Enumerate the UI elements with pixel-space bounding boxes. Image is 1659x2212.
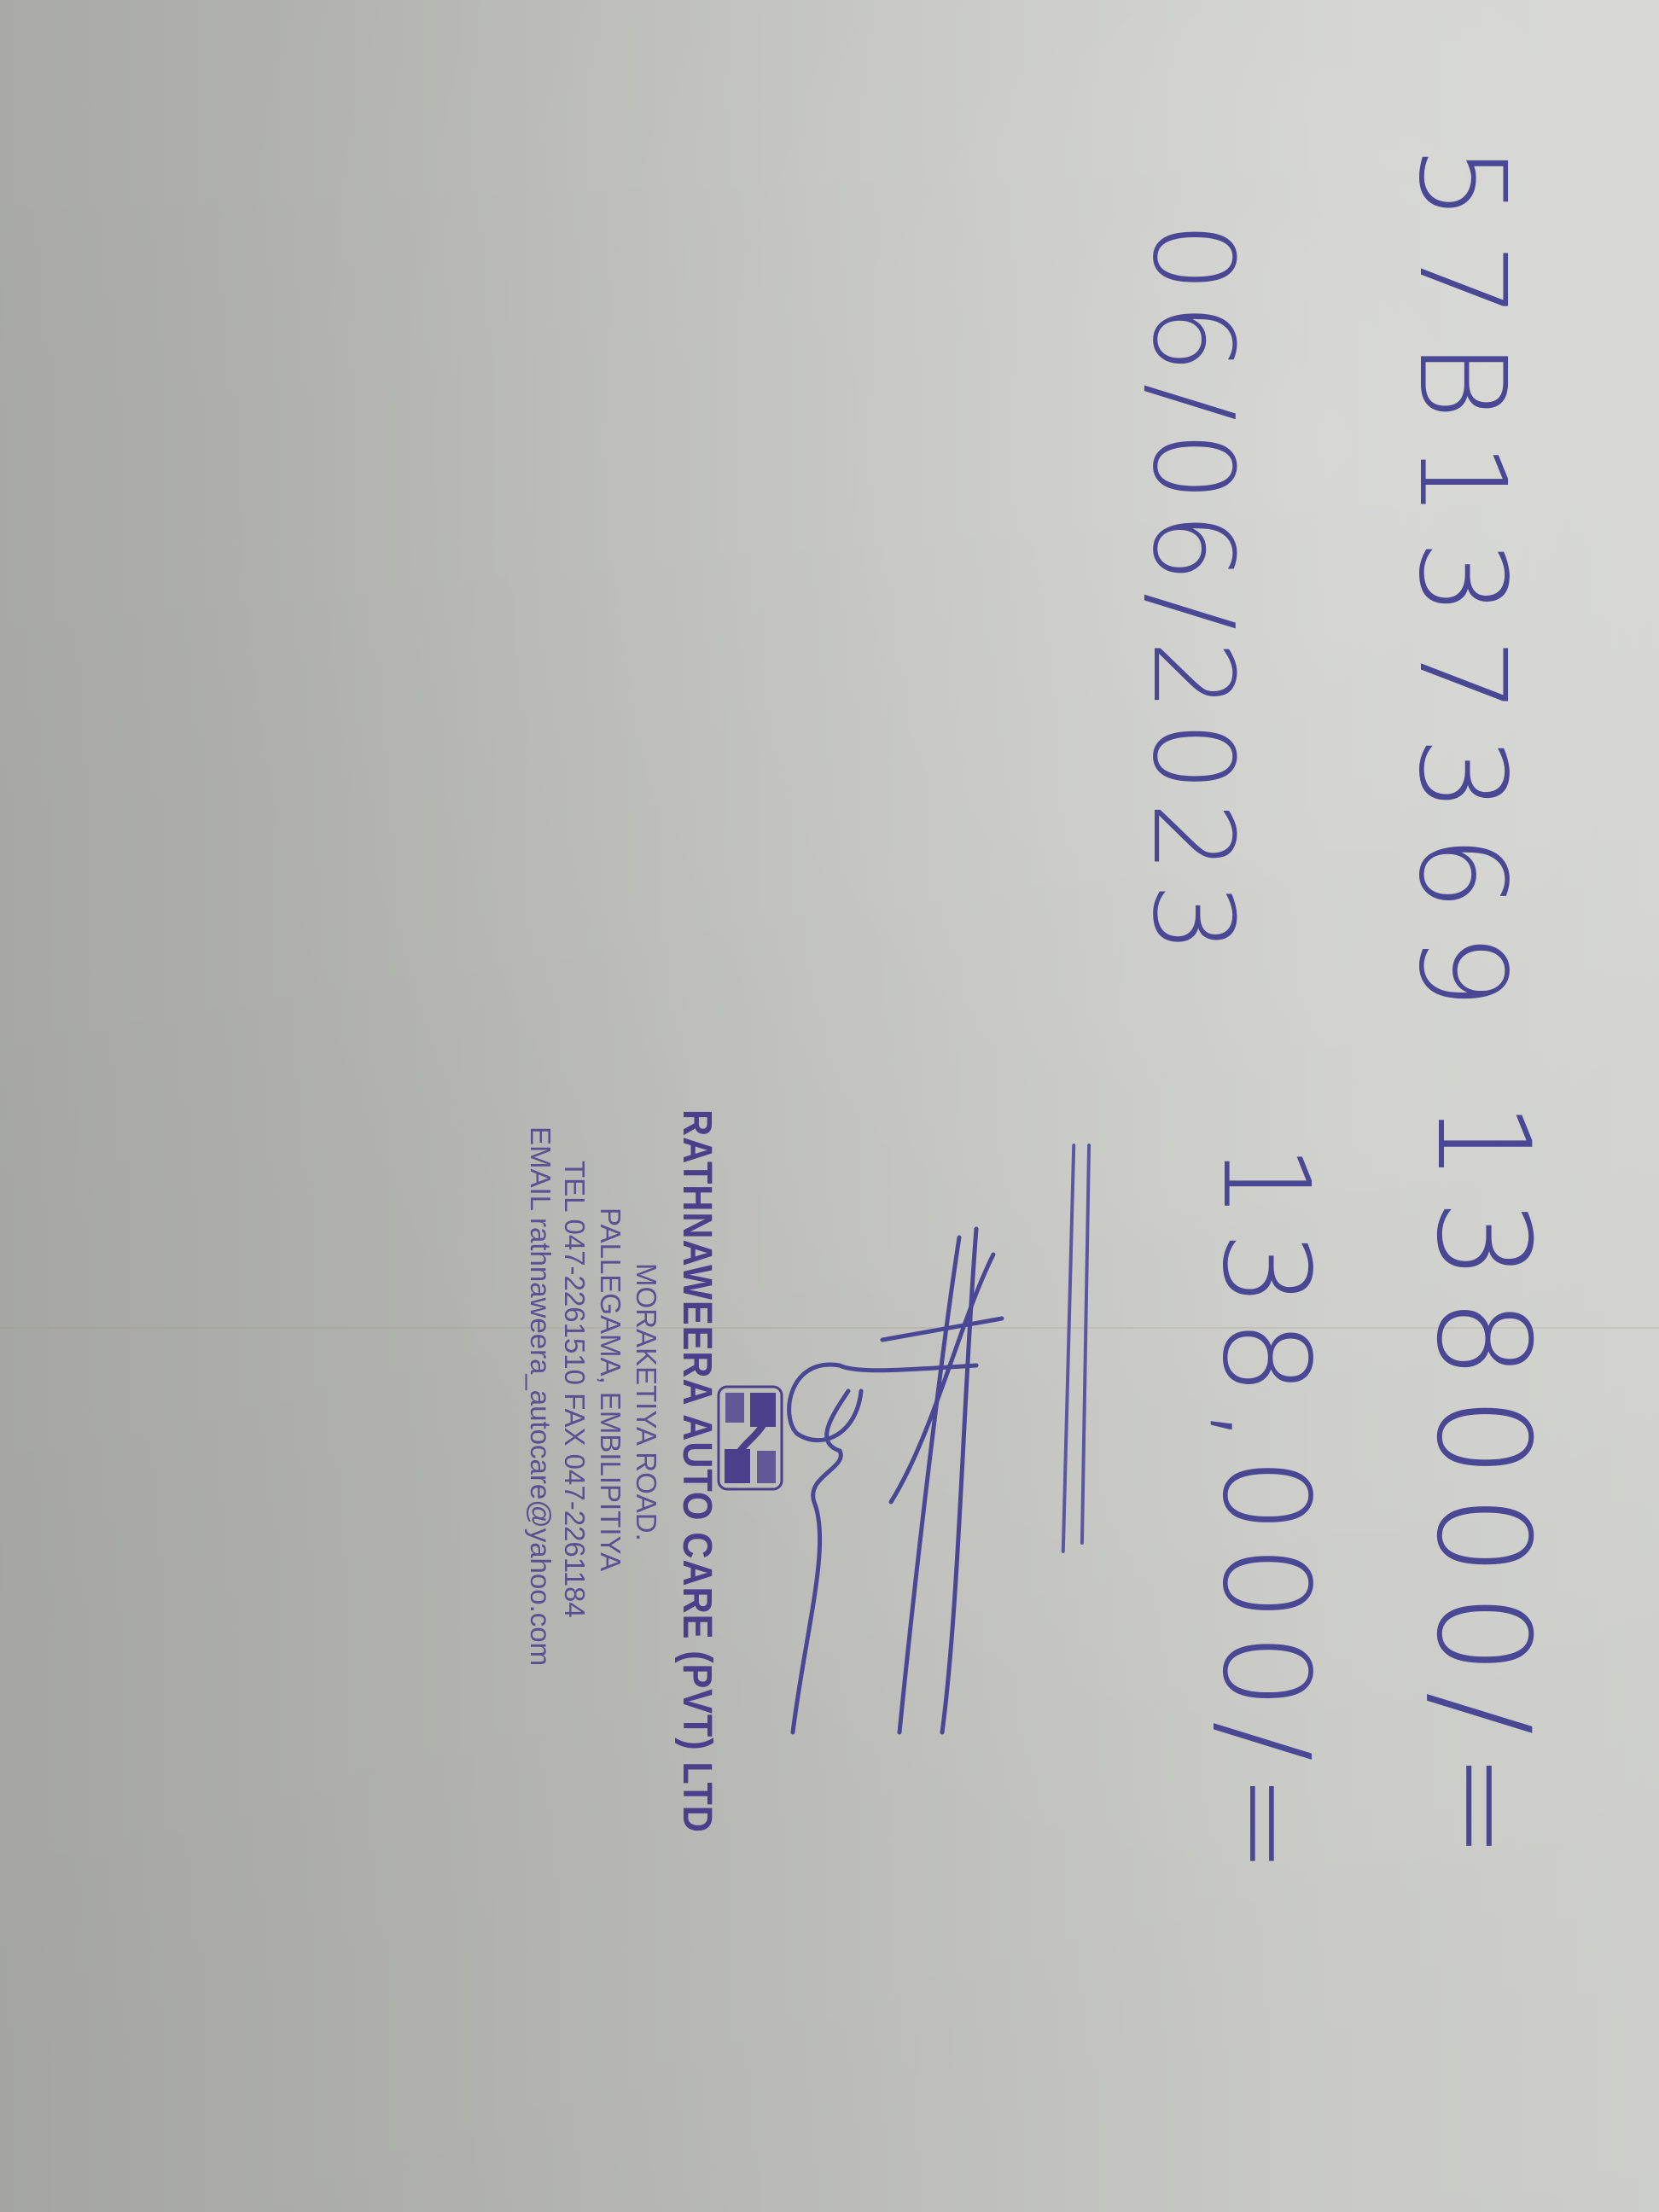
double-underline-bottom (1062, 1144, 1076, 1553)
stamp-company-name: RATHNAWEERA AUTO CARE (PVT) LTD (673, 1109, 720, 1833)
stamp-email-line: EMAIL rathnaweera_autocare@yahoo.com (524, 1126, 556, 1666)
reference-number: 57B137369 (1392, 145, 1531, 1031)
stamp-address-line-1: MORAKETIYA ROAD. (630, 1263, 662, 1541)
handshake-logo-icon (712, 1382, 789, 1493)
stamp-phone-line: TEL 047-2261510 FAX 047-2261184 (558, 1161, 591, 1618)
document-rotated-frame: 57B137369 06/06/2023 138000/= 138,000/= … (0, 0, 1659, 2212)
double-underline-top (1080, 1144, 1091, 1545)
amount-total: 138,000/= (1196, 1144, 1335, 1885)
amount-line: 138000/= (1408, 1101, 1557, 1877)
stamp-address-line-2: PALLEGAMA, EMBILIPITIYA (594, 1208, 626, 1571)
receipt-date: 06/06/2023 (1128, 222, 1258, 963)
